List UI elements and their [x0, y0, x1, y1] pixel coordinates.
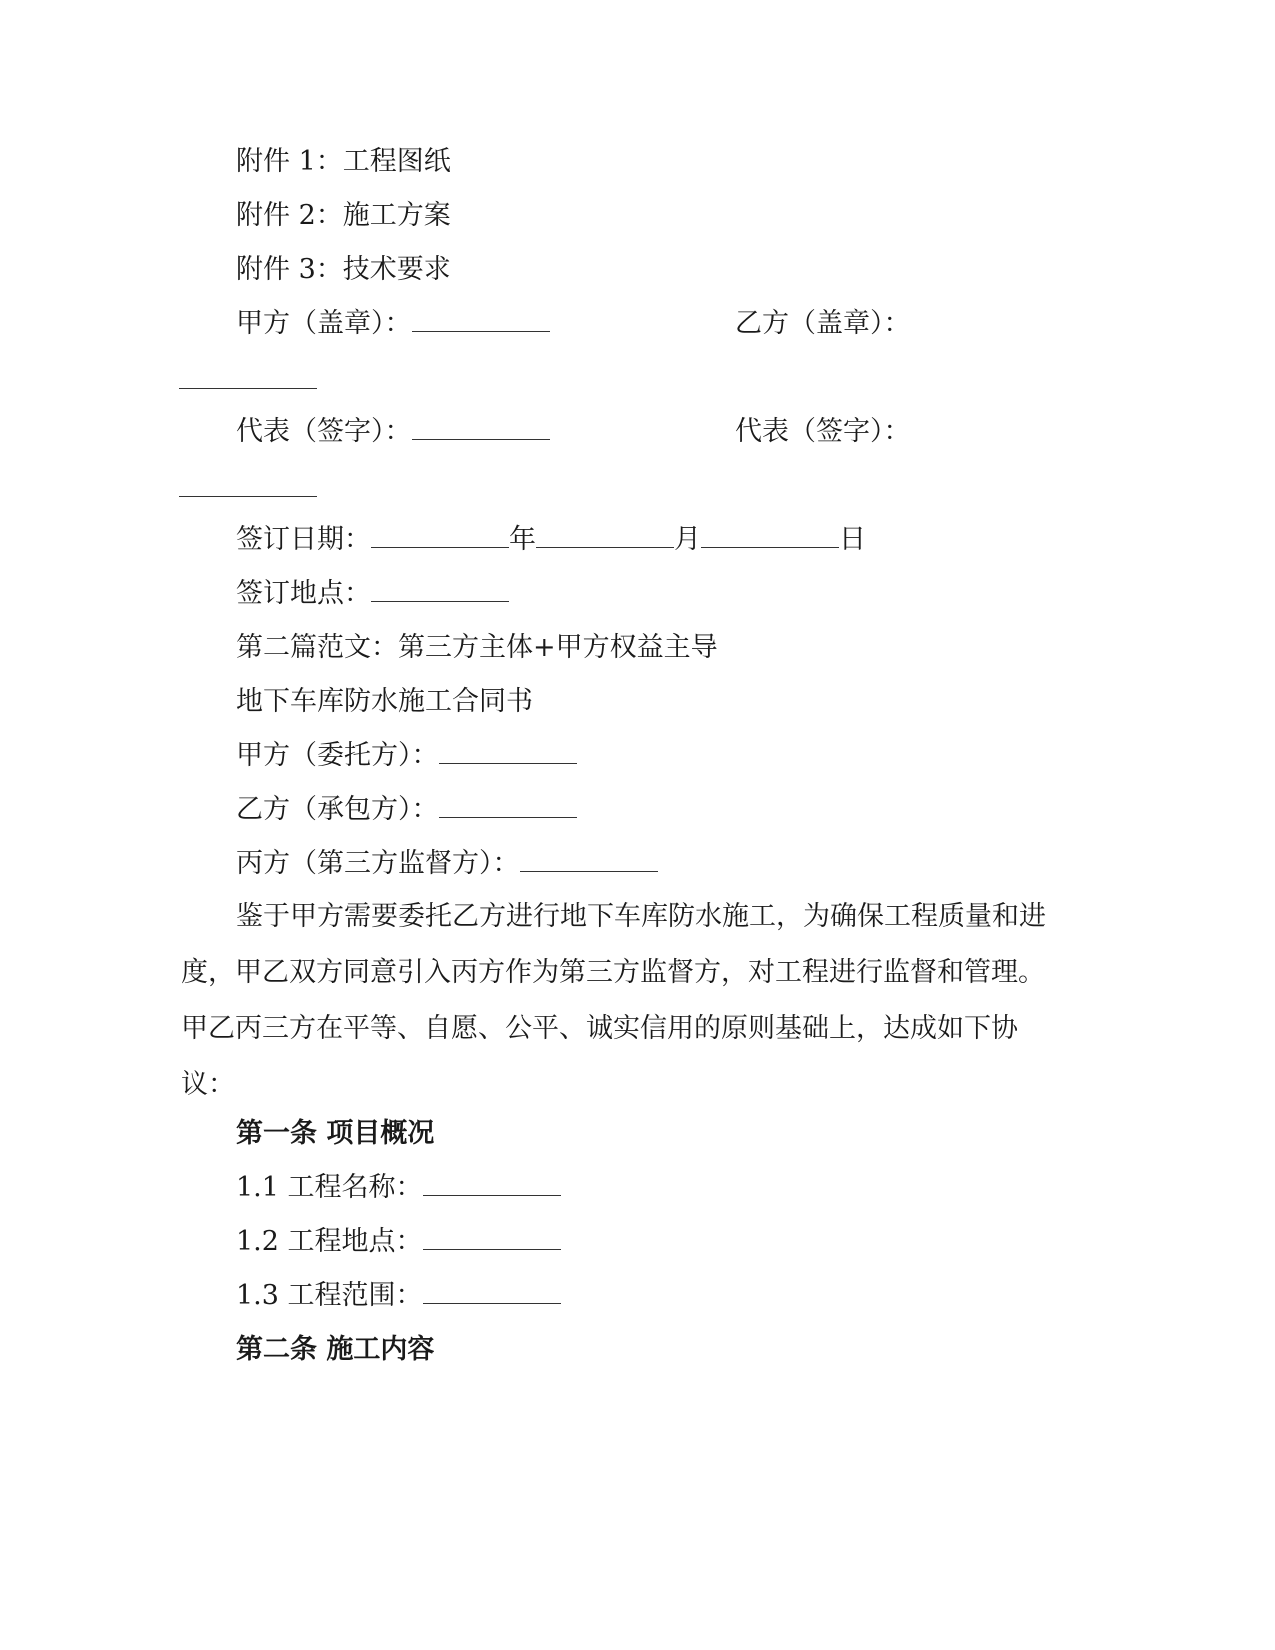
party-c-blank[interactable] — [520, 849, 658, 872]
attachment-3: 附件 3：技术要求 — [236, 254, 451, 286]
sign-place: 签订地点： — [236, 578, 509, 610]
attachment-label: 附件 3： — [236, 254, 343, 285]
article-1-item-3: 1.3 工程范围： — [236, 1280, 561, 1312]
attachment-text: 技术要求 — [343, 254, 451, 285]
party-a-line: 甲方（委托方）： — [236, 740, 577, 772]
item-label: 1.1 工程名称： — [236, 1172, 423, 1203]
party-b-blank[interactable] — [439, 795, 577, 818]
party-b-rep: 代表（签字）： — [735, 416, 911, 448]
preamble-paragraph: 鉴于甲方需要委托乙方进行地下车库防水施工，为确保工程质量和进度，甲乙双方同意引入… — [181, 889, 1061, 1113]
attachment-text: 工程图纸 — [343, 146, 451, 177]
article-1-item-1: 1.1 工程名称： — [236, 1172, 561, 1204]
party-a-rep-label: 代表（签字）： — [236, 416, 412, 447]
project-scope-blank[interactable] — [423, 1281, 561, 1304]
attachment-2: 附件 2：施工方案 — [236, 200, 451, 232]
article-1-title: 第一条 项目概况 — [236, 1118, 434, 1150]
sign-place-label: 签订地点： — [236, 578, 371, 609]
sign-date-label: 签订日期： — [236, 524, 371, 555]
party-a-rep: 代表（签字）： — [236, 416, 550, 448]
second-sample-heading: 第二篇范文：第三方主体+甲方权益主导 — [236, 632, 718, 664]
party-b-rep-label: 代表（签字）： — [735, 416, 911, 447]
article-2-title: 第二条 施工内容 — [236, 1334, 434, 1366]
month-label: 月 — [674, 524, 701, 555]
party-b-rep-blank[interactable] — [179, 496, 317, 497]
party-a-rep-blank[interactable] — [412, 417, 550, 440]
item-label: 1.2 工程地点： — [236, 1226, 423, 1257]
attachment-label: 附件 1： — [236, 146, 343, 177]
party-b-seal-blank[interactable] — [179, 388, 317, 389]
attachment-text: 施工方案 — [343, 200, 451, 231]
party-c-label: 丙方（第三方监督方）： — [236, 848, 520, 879]
party-a-seal-blank[interactable] — [412, 309, 550, 332]
item-label: 1.3 工程范围： — [236, 1280, 423, 1311]
project-name-blank[interactable] — [423, 1173, 561, 1196]
contract-title: 地下车库防水施工合同书 — [236, 686, 533, 718]
article-1-item-2: 1.2 工程地点： — [236, 1226, 561, 1258]
party-a-seal: 甲方（盖章）： — [236, 308, 550, 340]
month-blank[interactable] — [536, 525, 674, 548]
party-a-label: 甲方（委托方）： — [236, 740, 439, 771]
party-c-line: 丙方（第三方监督方）： — [236, 848, 658, 880]
party-a-blank[interactable] — [439, 741, 577, 764]
sign-date: 签订日期：年月日 — [236, 524, 866, 556]
year-blank[interactable] — [371, 525, 509, 548]
day-label: 日 — [839, 524, 866, 555]
project-location-blank[interactable] — [423, 1227, 561, 1250]
party-a-seal-label: 甲方（盖章）： — [236, 308, 412, 339]
party-b-label: 乙方（承包方）： — [236, 794, 439, 825]
year-label: 年 — [509, 524, 536, 555]
party-b-line: 乙方（承包方）： — [236, 794, 577, 826]
attachment-label: 附件 2： — [236, 200, 343, 231]
sign-place-blank[interactable] — [371, 579, 509, 602]
day-blank[interactable] — [701, 525, 839, 548]
attachment-1: 附件 1：工程图纸 — [236, 146, 451, 178]
party-b-seal-label: 乙方（盖章）： — [735, 308, 911, 339]
party-b-seal: 乙方（盖章）： — [735, 308, 911, 340]
